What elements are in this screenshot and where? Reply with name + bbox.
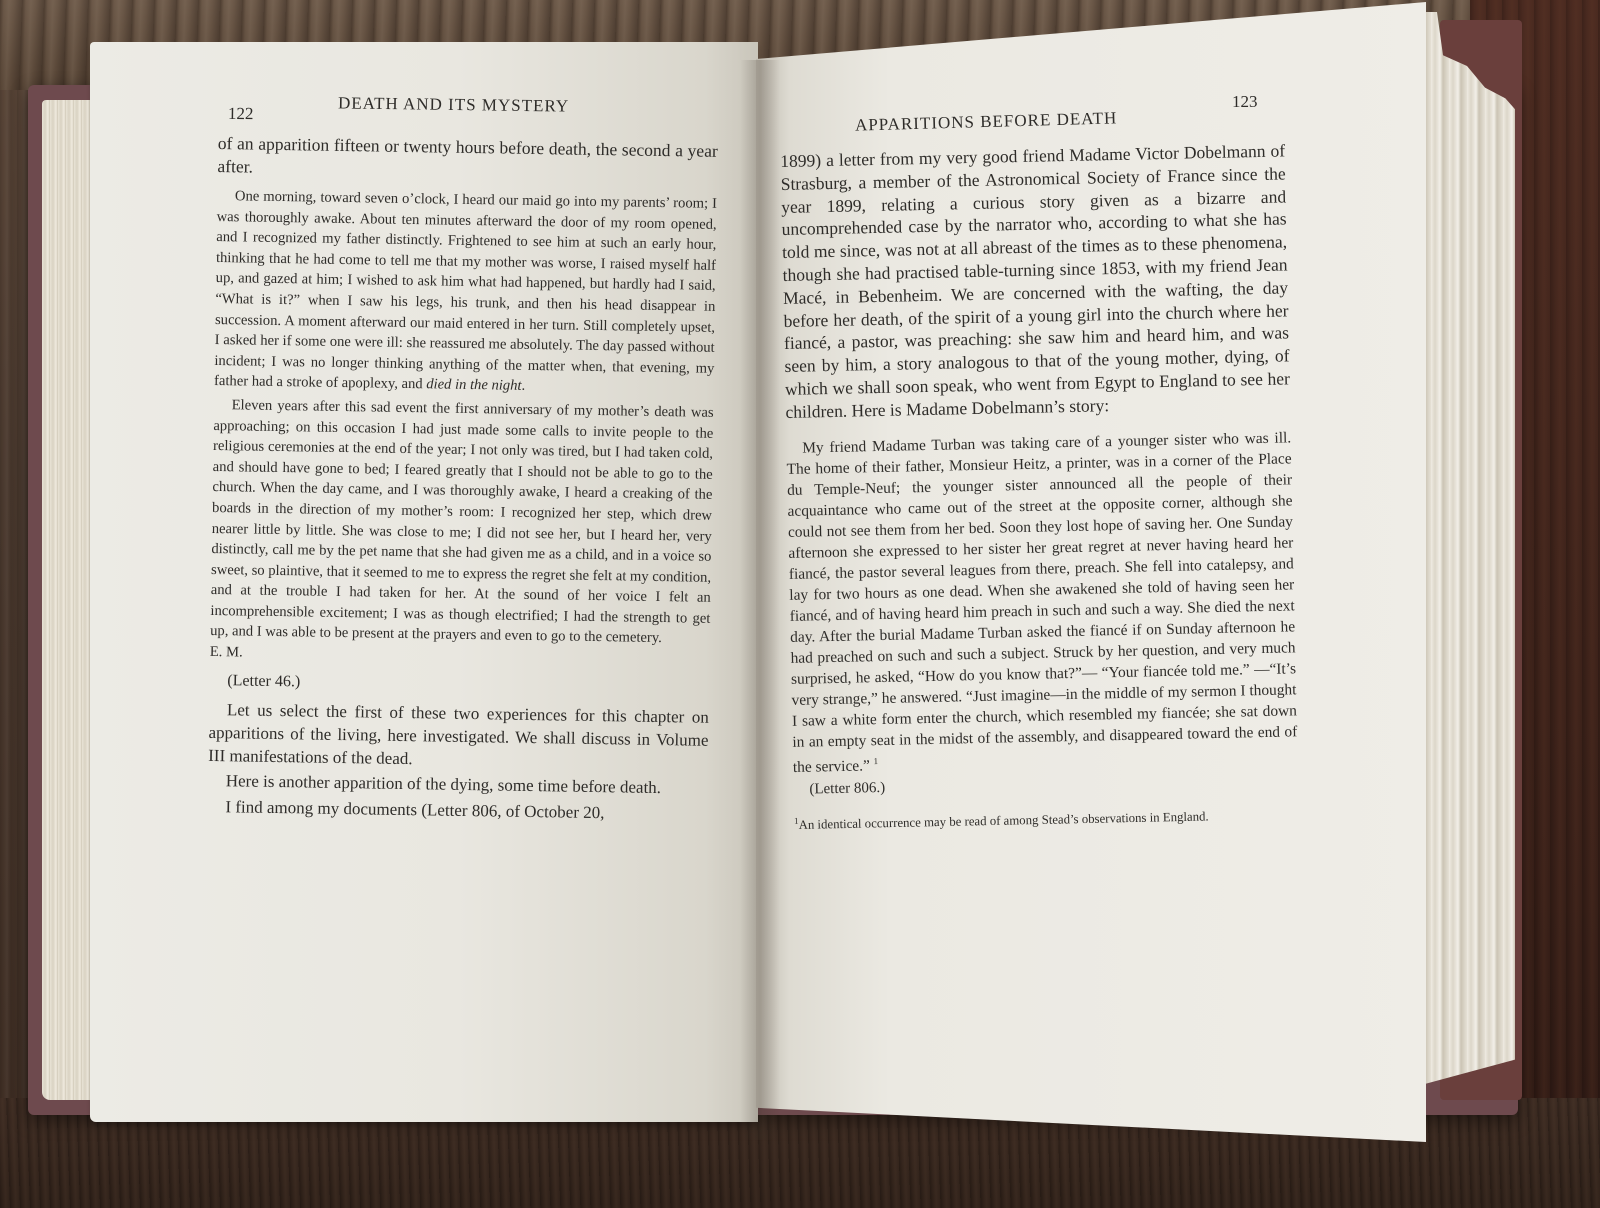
- paragraph-1: 1899) a letter from my very good friend …: [780, 139, 1291, 423]
- quoted-letter-paragraph-2: Eleven years after this sad event the fi…: [210, 395, 714, 650]
- quoted-story: My friend Madame Turban was taking care …: [786, 427, 1298, 778]
- quoted-letter-paragraph-1: One morning, toward seven o’clock, I hea…: [214, 186, 717, 400]
- left-page-text: of an apparition fifteen or twenty hours…: [207, 132, 718, 826]
- italic-phrase: died in the night: [426, 377, 522, 394]
- book-gutter: [740, 60, 780, 1140]
- left-running-head: DEATH AND ITS MYSTERY: [338, 93, 569, 116]
- lead-paragraph: of an apparition fifteen or twenty hours…: [217, 132, 718, 186]
- right-page-text: 1899) a letter from my very good friend …: [780, 139, 1299, 833]
- footnote-reference: 1: [873, 756, 878, 766]
- letter-reference: (Letter 46.): [209, 671, 709, 700]
- paragraph-3: Let us select the first of these two exp…: [208, 699, 709, 775]
- left-page-number: 122: [228, 104, 254, 124]
- right-page-number: 123: [1232, 92, 1258, 112]
